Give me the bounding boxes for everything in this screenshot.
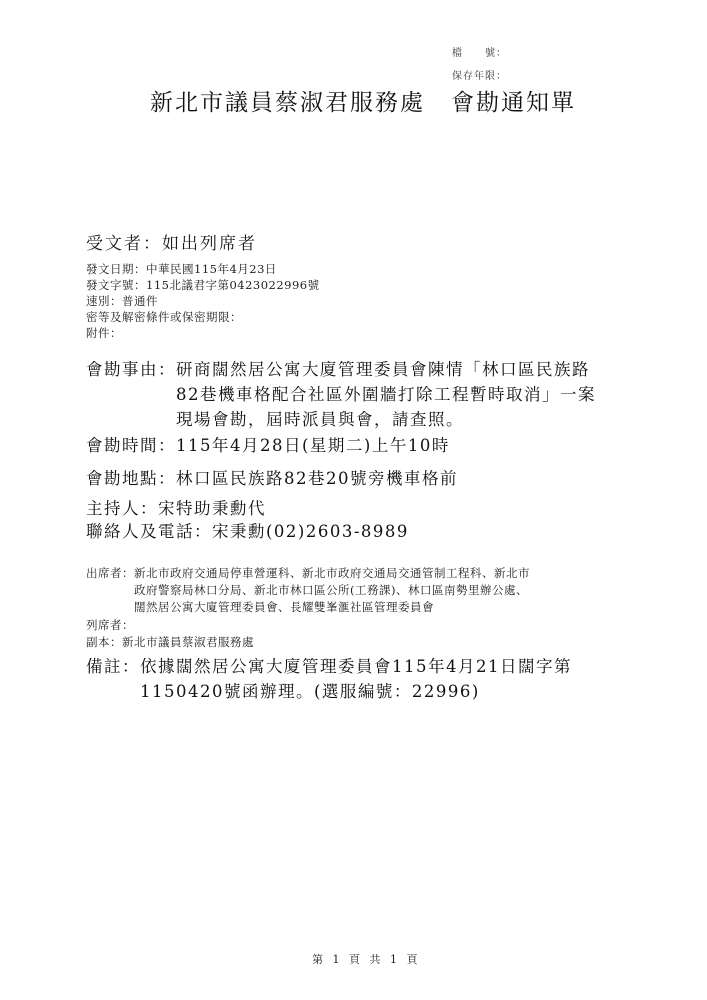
issue-date: 發文日期：中華民國115年4月23日 <box>86 261 320 277</box>
recipient-value: 如出列席者 <box>162 234 257 254</box>
remarks-label: 備註： <box>86 654 140 704</box>
document-title: 新北市議員蔡淑君服務處會勘通知單 <box>150 84 576 117</box>
delivery-speed-label: 速別： <box>86 294 122 308</box>
attendees: 出席者： 新北市政府交通局停車營運科、新北市政府交通局交通管制工程科、新北市 政… <box>86 565 530 616</box>
file-number-label: 檔 號： <box>452 44 507 59</box>
observers: 列席者： <box>86 617 134 633</box>
attachments: 附件： <box>86 325 320 341</box>
document-number-value: 115北議君字第0423022996號 <box>146 278 320 292</box>
contact-label: 聯絡人及電話： <box>86 522 212 541</box>
inspection-location-label: 會勘地點： <box>86 469 176 488</box>
security-level-label: 密等及解密條件或保密期限： <box>86 310 242 324</box>
issue-date-value: 中華民國115年4月23日 <box>146 262 277 276</box>
inspection-time-label: 會勘時間： <box>86 436 176 455</box>
inspection-reason-label: 會勘事由： <box>86 357 176 432</box>
page-number: 第 1 頁 共 1 頁 <box>312 951 420 967</box>
inspection-location-value: 林口區民族路82巷20號旁機車格前 <box>176 469 458 488</box>
recipient-label: 受文者： <box>86 234 162 254</box>
host-value: 宋特助秉勳代 <box>158 499 266 518</box>
attendees-list: 新北市政府交通局停車營運科、新北市政府交通局交通管制工程科、新北市 政府警察局林… <box>134 565 530 616</box>
delivery-speed: 速別：普通件 <box>86 293 320 309</box>
observers-label: 列席者： <box>86 618 134 632</box>
recipient-line: 受文者：如出列席者 <box>86 229 257 254</box>
security-level: 密等及解密條件或保密期限： <box>86 309 320 325</box>
contact-value: 宋秉勳(02)2603-8989 <box>212 522 409 541</box>
inspection-time-value: 115年4月28日(星期二)上午10時 <box>176 436 450 455</box>
attendees-label: 出席者： <box>86 565 134 616</box>
inspection-time: 會勘時間：115年4月28日(星期二)上午10時 <box>86 432 450 456</box>
host: 主持人：宋特助秉勳代 <box>86 495 266 519</box>
document-number-label: 發文字號： <box>86 278 146 292</box>
host-label: 主持人： <box>86 499 158 518</box>
copy-to-label: 副本： <box>86 635 122 649</box>
remarks-text: 依據闊然居公寓大廈管理委員會115年4月21日闊字第 1150420號函辦理。(… <box>140 654 572 704</box>
document-type: 會勘通知單 <box>451 90 576 116</box>
attendees-line: 政府警察局林口分局、新北市林口區公所(工務課)、林口區南勢里辦公處、 <box>134 582 530 599</box>
inspection-reason-line: 82巷機車格配合社區外圍牆打除工程暫時取消」一案 <box>176 382 596 407</box>
document-number: 發文字號：115北議君字第0423022996號 <box>86 277 320 293</box>
contact: 聯絡人及電話：宋秉勳(02)2603-8989 <box>86 518 409 542</box>
remarks-line: 1150420號函辦理。(選服編號：22996) <box>140 679 572 704</box>
inspection-reason-line: 現場會勘，屆時派員與會，請查照。 <box>176 407 596 432</box>
copy-to: 副本：新北市議員蔡淑君服務處 <box>86 634 254 650</box>
remarks-line: 依據闊然居公寓大廈管理委員會115年4月21日闊字第 <box>140 654 572 679</box>
remarks: 備註： 依據闊然居公寓大廈管理委員會115年4月21日闊字第 1150420號函… <box>86 654 572 704</box>
copy-to-value: 新北市議員蔡淑君服務處 <box>122 635 254 649</box>
delivery-speed-value: 普通件 <box>122 294 158 308</box>
inspection-reason-line: 研商闊然居公寓大廈管理委員會陳情「林口區民族路 <box>176 357 596 382</box>
inspection-location: 會勘地點：林口區民族路82巷20號旁機車格前 <box>86 465 458 489</box>
office-name: 新北市議員蔡淑君服務處 <box>150 90 425 116</box>
attachments-label: 附件： <box>86 326 122 340</box>
retention-period-label: 保存年限： <box>452 67 507 82</box>
inspection-reason-text: 研商闊然居公寓大廈管理委員會陳情「林口區民族路 82巷機車格配合社區外圍牆打除工… <box>176 357 596 432</box>
attendees-line: 新北市政府交通局停車營運科、新北市政府交通局交通管制工程科、新北市 <box>134 565 530 582</box>
document-info: 發文日期：中華民國115年4月23日 發文字號：115北議君字第04230229… <box>86 261 320 341</box>
attendees-line: 闊然居公寓大廈管理委員會、長耀雙峯滙社區管理委員會 <box>134 599 530 616</box>
inspection-reason: 會勘事由： 研商闊然居公寓大廈管理委員會陳情「林口區民族路 82巷機車格配合社區… <box>86 357 596 432</box>
issue-date-label: 發文日期： <box>86 262 146 276</box>
